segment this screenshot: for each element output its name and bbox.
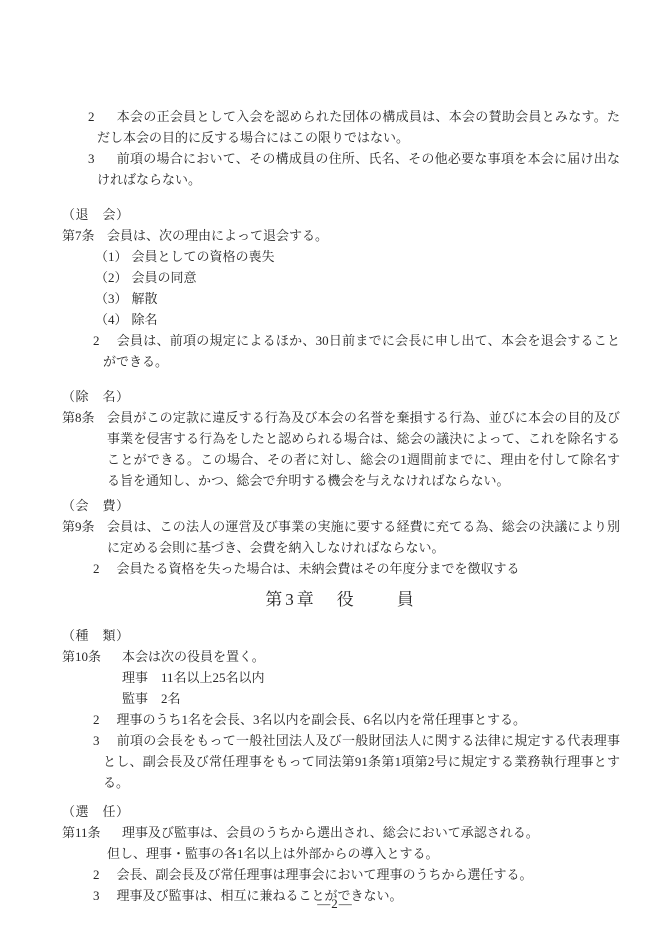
page-number: —2—: [0, 893, 670, 914]
article-number: 第9条: [62, 516, 95, 537]
section-heading: （種 類）: [62, 625, 620, 646]
section-heading: （会 費）: [62, 495, 620, 516]
paragraph-number: 2: [93, 561, 100, 576]
list-item-text: 会員としての資格の喪失: [132, 249, 275, 264]
paragraph-number: 2: [88, 109, 95, 124]
section-heading: （除 名）: [62, 386, 620, 407]
article: 第9条 会員は、この法人の運営及び事業の実施に要する経費に充てる為、総会の決議に…: [62, 516, 620, 558]
clause-paragraph: 3前項の場合において、その構成員の住所、氏名、その他必要な事項を本会に届け出なけ…: [62, 148, 620, 190]
officer-count-line: 理事 11名以上25名以内: [122, 667, 620, 688]
list-item-number: （2）: [95, 270, 128, 285]
article-number: 第8条: [62, 407, 95, 428]
list-item: （3）解散: [62, 288, 620, 309]
list-item: （2）会員の同意: [62, 267, 620, 288]
article: 第10条 本会は次の役員を置く。 理事 11名以上25名以内 監事 2名: [62, 646, 620, 709]
section-officer-types: （種 類） 第10条 本会は次の役員を置く。 理事 11名以上25名以内 監事 …: [62, 625, 620, 793]
list-item-number: （3）: [95, 291, 128, 306]
list-item-number: （1）: [95, 249, 128, 264]
list-item-number: （4）: [95, 312, 128, 327]
clause-paragraph: 2会長、副会長及び常任理事は理事会において理事のうちから選任する。: [62, 864, 620, 885]
paragraph-text: 会員たる資格を失った場合は、未納会費はその年度分までを徴収する: [117, 561, 520, 576]
section-heading: （退 会）: [62, 204, 620, 225]
list-item-text: 除名: [132, 312, 158, 327]
article-proviso: 但し、理事・監事の各1名以上は外部からの導入とする。: [107, 843, 620, 864]
list-item-text: 会員の同意: [132, 270, 197, 285]
section-heading: （選 任）: [62, 801, 620, 822]
paragraph-text: 理事のうち1名を会長、3名以内を副会長、6名以内を常任理事とする。: [117, 712, 527, 727]
clause-paragraph: 2会員たる資格を失った場合は、未納会費はその年度分までを徴収する: [62, 558, 620, 579]
chapter-heading: 第3章 役 員: [62, 587, 620, 613]
paragraph-text: 会員は、前項の規定によるほか、30日前までに会長に申し出て、本会を退会することが…: [103, 333, 620, 369]
article: 第8条 会員がこの定款に違反する行為及び本会の名誉を棄損する行為、並びに本会の目…: [62, 407, 620, 491]
article-number: 第10条: [62, 646, 101, 667]
article-text: 会員は、次の理由によって退会する。: [107, 225, 620, 246]
section-expulsion: （除 名） 第8条 会員がこの定款に違反する行為及び本会の名誉を棄損する行為、並…: [62, 386, 620, 491]
clause-paragraph: 3前項の会長をもって一般社団法人及び一般財団法人に関する法律に規定する代表理事と…: [62, 730, 620, 793]
paragraph-number: 2: [93, 333, 100, 348]
section-election: （選 任） 第11条 理事及び監事は、会員のうちから選出され、総会において承認さ…: [62, 801, 620, 906]
paragraph-text: 本会の正会員として入会を認められた団体の構成員は、本会の賛助会員とみなす。ただし…: [97, 109, 620, 145]
section-membership-fee: （会 費） 第9条 会員は、この法人の運営及び事業の実施に要する経費に充てる為、…: [62, 495, 620, 579]
article-text: 会員は、この法人の運営及び事業の実施に要する経費に充てる為、総会の決議により別に…: [107, 516, 620, 558]
article-text: 本会は次の役員を置く。: [122, 646, 620, 667]
paragraph-text: 会長、副会長及び常任理事は理事会において理事のうちから選任する。: [117, 867, 533, 882]
officer-count-line: 監事 2名: [122, 688, 620, 709]
article: 第7条 会員は、次の理由によって退会する。: [62, 225, 620, 246]
document-content: 2本会の正会員として入会を認められた団体の構成員は、本会の賛助会員とみなす。ただ…: [62, 106, 620, 906]
section-withdrawal: （退 会） 第7条 会員は、次の理由によって退会する。 （1）会員としての資格の…: [62, 204, 620, 372]
paragraph-text: 前項の会長をもって一般社団法人及び一般財団法人に関する法律に規定する代表理事とし…: [103, 733, 620, 790]
clause-paragraph: 2会員は、前項の規定によるほか、30日前までに会長に申し出て、本会を退会すること…: [62, 330, 620, 372]
clause-paragraph: 2理事のうち1名を会長、3名以内を副会長、6名以内を常任理事とする。: [62, 709, 620, 730]
clause-paragraph: 2本会の正会員として入会を認められた団体の構成員は、本会の賛助会員とみなす。ただ…: [62, 106, 620, 148]
list-item: （4）除名: [62, 309, 620, 330]
article-number: 第11条: [62, 822, 101, 843]
article-number: 第7条: [62, 225, 95, 246]
paragraph-number: 3: [88, 151, 95, 166]
paragraph-number: 2: [93, 712, 100, 727]
paragraph-number: 3: [93, 733, 100, 748]
article-text: 理事及び監事は、会員のうちから選出され、総会において承認される。: [122, 822, 620, 843]
document-page: 2本会の正会員として入会を認められた団体の構成員は、本会の賛助会員とみなす。ただ…: [0, 0, 670, 947]
paragraph-number: 2: [93, 867, 100, 882]
article-text: 会員がこの定款に違反する行為及び本会の名誉を棄損する行為、並びに本会の目的及び事…: [107, 407, 620, 491]
paragraph-text: 前項の場合において、その構成員の住所、氏名、その他必要な事項を本会に届け出なけれ…: [97, 151, 620, 187]
article: 第11条 理事及び監事は、会員のうちから選出され、総会において承認される。 但し…: [62, 822, 620, 864]
list-item-text: 解散: [132, 291, 158, 306]
list-item: （1）会員としての資格の喪失: [62, 246, 620, 267]
